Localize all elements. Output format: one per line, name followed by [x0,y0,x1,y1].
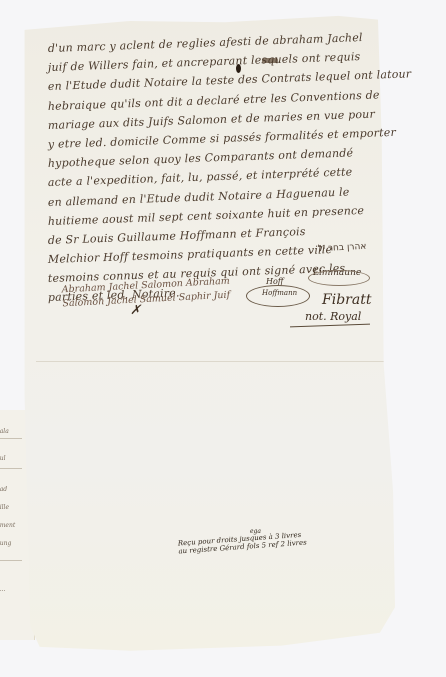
notary-title: not. Royal [305,310,361,323]
cross-mark: ✗ [130,303,141,318]
fragment: ...ul [0,455,6,462]
signature-flourish [308,270,370,286]
fragment: ...... [0,586,5,593]
notary-signature: Fibratt [322,292,371,308]
divider [0,468,22,469]
fragment: ...ment [0,522,15,529]
divider [0,438,22,439]
divider [0,560,22,561]
fragment: ...ille [0,504,9,511]
fragment: ...ung [0,540,11,547]
witness-signature: Hoffmann [262,289,297,297]
fold-crease [36,361,384,362]
fragment: ...ala [0,428,9,435]
fragment: ...ad [0,486,7,493]
